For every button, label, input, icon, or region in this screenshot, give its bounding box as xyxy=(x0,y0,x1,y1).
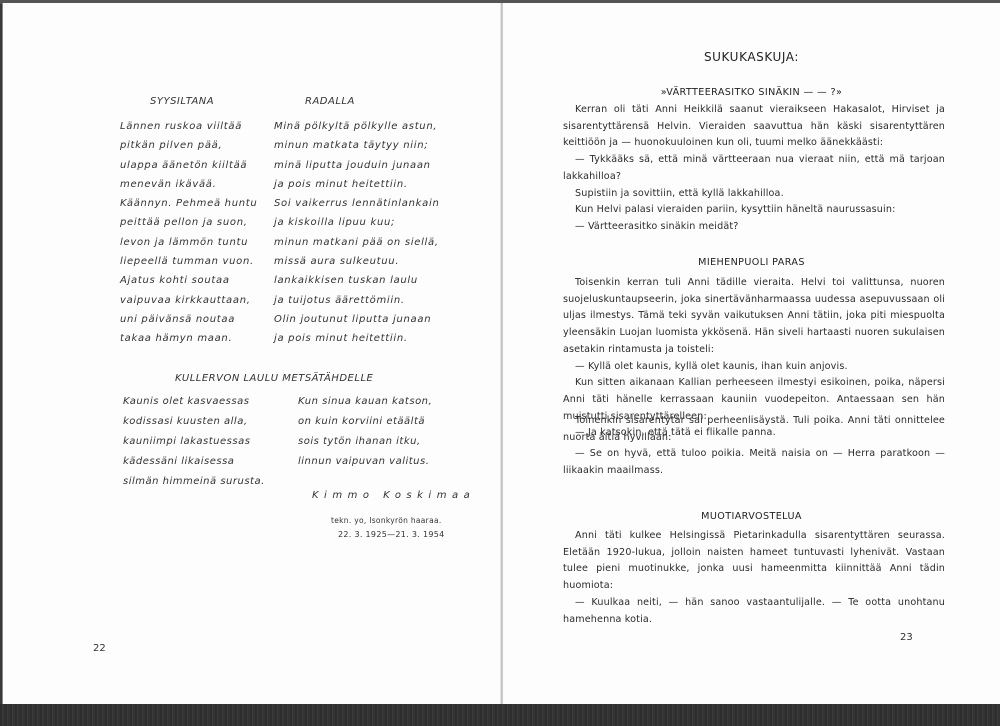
poem-line: ja pois minut heitettiin. xyxy=(274,175,440,194)
author-note: tekn. yo, Isonkyrön haaraa. xyxy=(331,516,442,525)
section-heading-varteerasitko: »VÄRTTEERASITKO SINÄKIN — — ?» xyxy=(503,87,1000,98)
poem-line: vaipuvaa kirkkauttaan, xyxy=(120,291,257,310)
page-number-left: 22 xyxy=(93,643,106,654)
poem-line: ja tuijotus äärettömiin. xyxy=(274,291,440,310)
poem-line: peittää pellon ja suon, xyxy=(120,213,257,232)
book-spread: SYYSILTANA Lännen ruskoa viiltääpitkän p… xyxy=(0,0,1000,726)
paragraph: Toinenkin sisarentytär sai perheenlisäys… xyxy=(563,413,945,446)
poem-line: minun matkani pää on siellä, xyxy=(274,233,440,252)
poem-line: ja pois minut heitettiin. xyxy=(274,329,440,348)
poem-line: Lännen ruskoa viiltää xyxy=(120,117,257,136)
poem-line: uni päivänsä noutaa xyxy=(120,310,257,329)
poem-title-kullervon-laulu: KULLERVON LAULU METSÄTÄHDELLE xyxy=(175,373,373,384)
poem-line: liepeellä tumman vuon. xyxy=(120,252,257,271)
scan-bottom-edge xyxy=(0,704,1000,726)
poem-line: ja kiskoilla lipuu kuu; xyxy=(274,213,440,232)
poem-line: Soi vaikerrus lennätinlankain xyxy=(274,194,440,213)
poem-line: Minä pölkyltä pölkylle astun, xyxy=(274,117,440,136)
poem-kullervo-stanza-1: Kaunis olet kasvaessaskodissasi kuusten … xyxy=(123,392,265,492)
poem-line: lankaikkisen tuskan laulu xyxy=(274,271,440,290)
author-signature: Kimmo Koskimaa xyxy=(312,490,475,501)
poem-line: Olin joutunut liputta junaan xyxy=(274,310,440,329)
poem-line: Kun sinua kauan katson, xyxy=(298,392,432,412)
poem-title-radalla: RADALLA xyxy=(305,96,355,107)
paragraph: — Se on hyvä, että tuloo poikia. Meitä n… xyxy=(563,446,945,479)
poem-line: kädessäni likaisessa xyxy=(123,452,265,472)
paragraph: — Kuulkaa neiti, — hän sanoo vastaantuli… xyxy=(563,595,945,628)
poem-title-syysiltana: SYYSILTANA xyxy=(150,96,214,107)
poem-radalla: Minä pölkyltä pölkylle astun,minun matka… xyxy=(274,117,440,349)
section-heading-muotiarvostelua: MUOTIARVOSTELUA xyxy=(503,511,1000,522)
poem-line: Ajatus kohti soutaa xyxy=(120,271,257,290)
paragraph: — Tykkääks sä, että minä värtteeraan nua… xyxy=(563,152,945,185)
poem-line: levon ja lämmön tuntu xyxy=(120,233,257,252)
poem-kullervo-stanza-2: Kun sinua kauan katson,on kuin korviini … xyxy=(298,392,432,472)
poem-line: Käännyn. Pehmeä huntu xyxy=(120,194,257,213)
poem-line: linnun vaipuvan valitus. xyxy=(298,452,432,472)
poem-line: menevän ikävää. xyxy=(120,175,257,194)
paragraph: — Kyllä olet kaunis, kyllä olet kaunis, … xyxy=(563,359,945,376)
section-muotiarvostelua-text: Anni täti kulkee Helsingissä Pietarinkad… xyxy=(563,528,945,628)
poem-line: missä aura sulkeutuu. xyxy=(274,252,440,271)
poem-line: silmän himmeinä surusta. xyxy=(123,472,265,492)
paragraph: Toisenkin kerran tuli Anni tädille viera… xyxy=(563,275,945,359)
poem-line: pitkän pilven pää, xyxy=(120,136,257,155)
page-title: SUKUKASKUJA: xyxy=(503,50,1000,64)
poem-line: minä liputta jouduin junaan xyxy=(274,156,440,175)
paragraph: Anni täti kulkee Helsingissä Pietarinkad… xyxy=(563,528,945,595)
poem-line: Kaunis olet kasvaessas xyxy=(123,392,265,412)
section-heading-miehenpuoli: MIEHENPUOLI PARAS xyxy=(503,257,1000,268)
author-dates: 22. 3. 1925—21. 3. 1954 xyxy=(338,530,445,539)
paragraph: Kerran oli täti Anni Heikkilä saanut vie… xyxy=(563,102,945,152)
poem-line: kodissasi kuusten alla, xyxy=(123,412,265,432)
section-varteerasitko-text: Kerran oli täti Anni Heikkilä saanut vie… xyxy=(563,102,945,236)
left-page xyxy=(2,3,502,705)
page-number-right: 23 xyxy=(900,632,913,643)
paragraph: Kun Helvi palasi vieraiden pariin, kysyt… xyxy=(563,202,945,219)
paragraph: — Värtteerasitko sinäkin meidät? xyxy=(563,219,945,236)
poem-line: ulappa äänetön kiiltää xyxy=(120,156,257,175)
poem-line: on kuin korviini etäältä xyxy=(298,412,432,432)
poem-syysiltana: Lännen ruskoa viiltääpitkän pilven pää,u… xyxy=(120,117,257,349)
poem-line: kauniimpi lakastuessas xyxy=(123,432,265,452)
paragraph: Supistiin ja sovittiin, että kyllä lakka… xyxy=(563,186,945,203)
poem-line: takaa hämyn maan. xyxy=(120,329,257,348)
poem-line: minun matkata täytyy niin; xyxy=(274,136,440,155)
section-miehenpuoli-text-b: Toinenkin sisarentytär sai perheenlisäys… xyxy=(563,413,945,480)
poem-line: sois tytön ihanan itku, xyxy=(298,432,432,452)
